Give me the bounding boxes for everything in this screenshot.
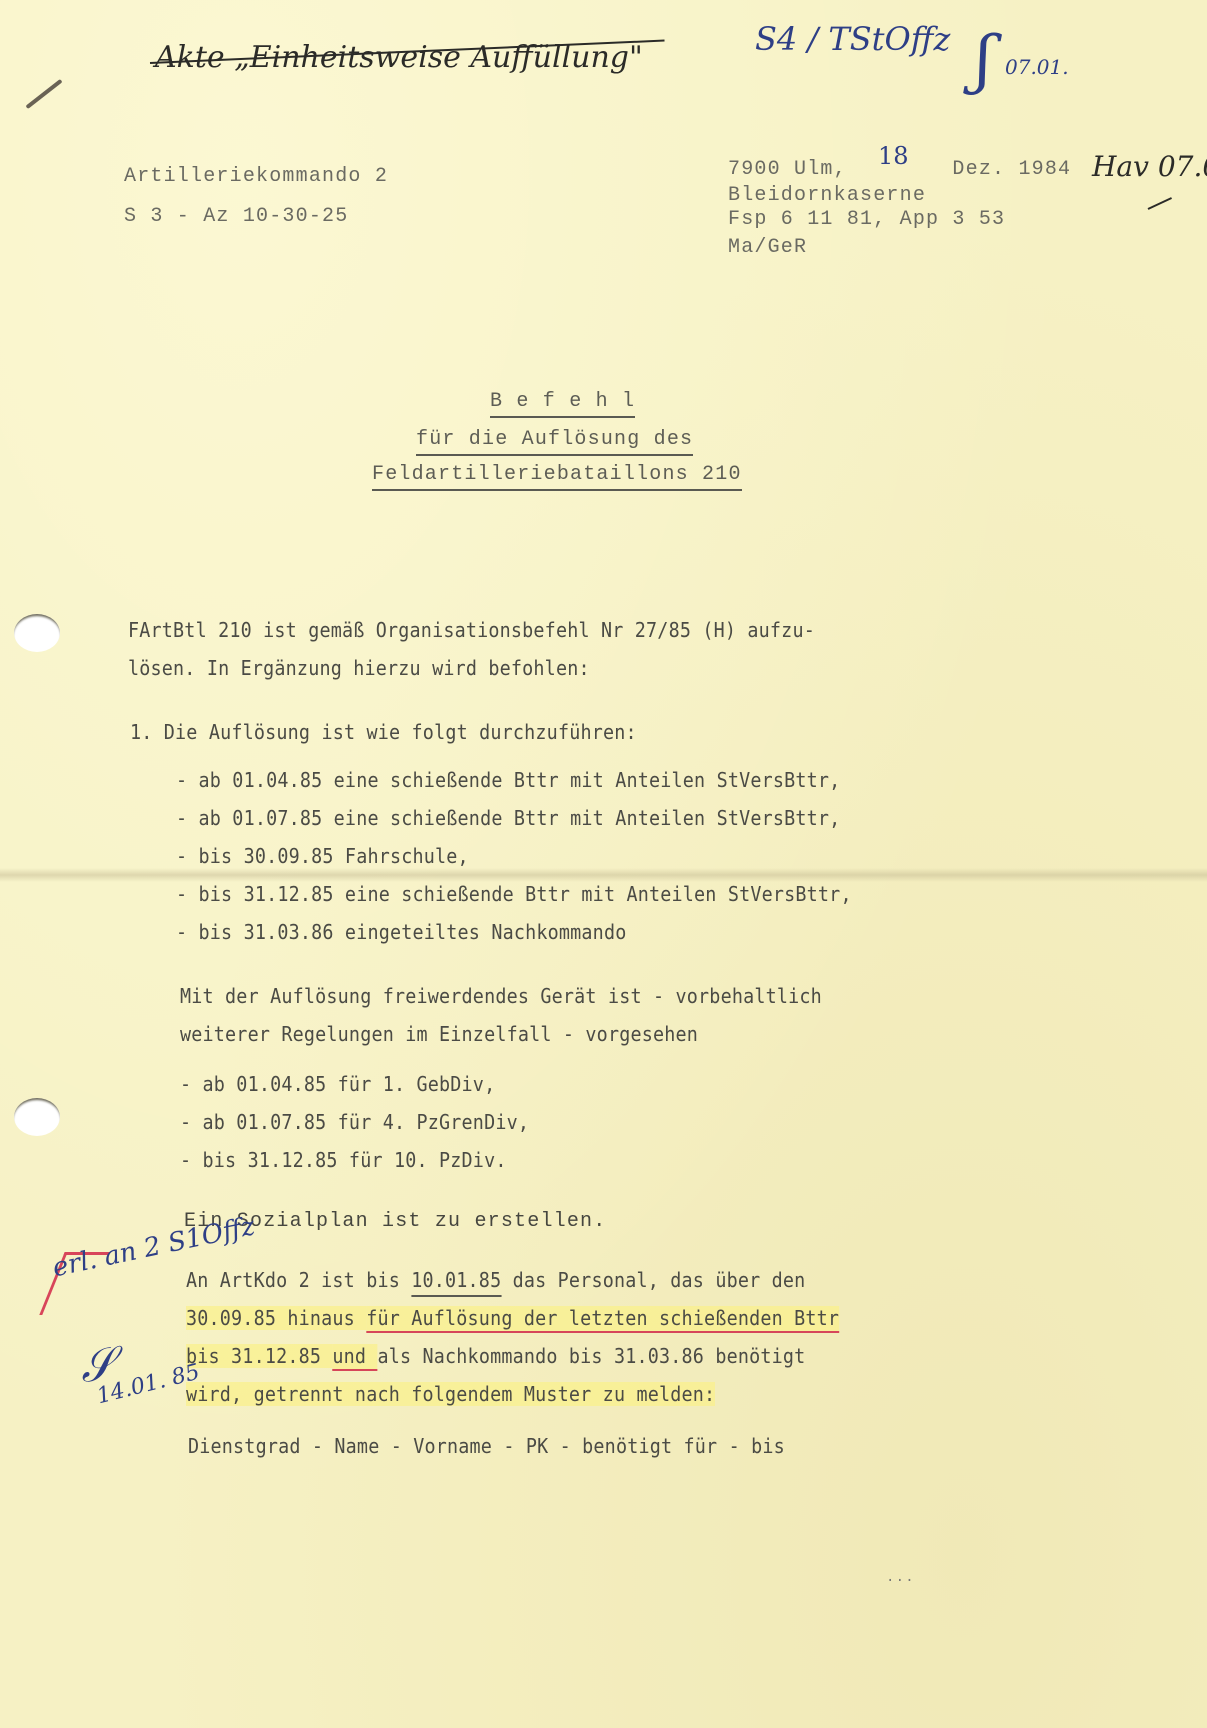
red-underlined-und: und bbox=[332, 1344, 377, 1371]
equipment-line-1: Mit der Auflösung freiwerdendes Gerät is… bbox=[180, 984, 822, 1008]
report-line-2: 30.09.85 hinaus für Auflösung der letzte… bbox=[186, 1306, 839, 1330]
continuation-dots: ... bbox=[886, 1570, 915, 1586]
intro-line-2: lösen. In Ergänzung hierzu wird befohlen… bbox=[128, 656, 590, 680]
typist-initials: Ma/GeR bbox=[728, 236, 807, 259]
red-underlined-phrase: für Auflösung der letzten schießenden Bt… bbox=[366, 1306, 839, 1333]
file-reference: S 3 - Az 10-30-25 bbox=[124, 205, 348, 228]
equipment-line-2: weiterer Regelungen im Einzelfall - vorg… bbox=[180, 1022, 698, 1046]
report-line-3: bis 31.12.85 und als Nachkommando bis 31… bbox=[186, 1344, 805, 1368]
title-subline-1: für die Auflösung des bbox=[416, 428, 693, 451]
schedule-item: - bis 31.03.86 eingeteiltes Nachkommando bbox=[176, 920, 626, 944]
report-line-1: An ArtKdo 2 ist bis 10.01.85 das Persona… bbox=[186, 1268, 805, 1292]
title-subline-2: Feldartilleriebataillons 210 bbox=[372, 463, 742, 486]
document-title: B e f e h l bbox=[490, 390, 635, 413]
schedule-item: - bis 30.09.85 Fahrschule, bbox=[176, 844, 469, 868]
schedule-item: - ab 01.07.85 eine schießende Bttr mit A… bbox=[176, 806, 840, 830]
place-date: 7900 Ulm, Dez. 1984 bbox=[728, 158, 1071, 181]
sender-unit: Artilleriekommando 2 bbox=[124, 165, 388, 188]
allocation-item: - bis 31.12.85 für 10. PzDiv. bbox=[180, 1148, 507, 1172]
initials-tick bbox=[1148, 197, 1172, 210]
handwritten-bracket-mark: ʃ bbox=[975, 28, 992, 92]
staple-mark bbox=[25, 79, 62, 109]
report-line-4: wird, getrennt nach folgendem Muster zu … bbox=[186, 1382, 715, 1406]
intro-line-1: FArtBtl 210 ist gemäß Organisationsbefeh… bbox=[128, 618, 815, 642]
allocation-item: - ab 01.07.85 für 4. PzGrenDiv, bbox=[180, 1110, 529, 1134]
punch-hole-upper bbox=[14, 614, 60, 652]
allocation-item: - ab 01.04.85 für 1. GebDiv, bbox=[180, 1072, 495, 1096]
report-pattern: Dienstgrad - Name - Vorname - PK - benöt… bbox=[188, 1434, 785, 1458]
handwritten-top-date: 07.01. bbox=[1005, 55, 1069, 79]
schedule-item: - ab 01.04.85 eine schießende Bttr mit A… bbox=[176, 768, 840, 792]
handwritten-initials: Hav 07.01. bbox=[1092, 150, 1207, 183]
phone-extension: Fsp 6 11 81, App 3 53 bbox=[728, 208, 1005, 231]
handwritten-s4-ref: S4 / TStOffz bbox=[755, 20, 950, 58]
barracks-name: Bleidornkaserne bbox=[728, 184, 926, 207]
punch-hole-lower bbox=[14, 1098, 60, 1136]
schedule-item: - bis 31.12.85 eine schießende Bttr mit … bbox=[176, 882, 852, 906]
deadline-date: 10.01.85 bbox=[411, 1268, 501, 1297]
paper-fold-crease bbox=[0, 868, 1207, 882]
point-1-heading: 1. Die Auflösung ist wie folgt durchzufü… bbox=[130, 720, 637, 744]
title-befehl: B e f e h l bbox=[490, 390, 635, 418]
